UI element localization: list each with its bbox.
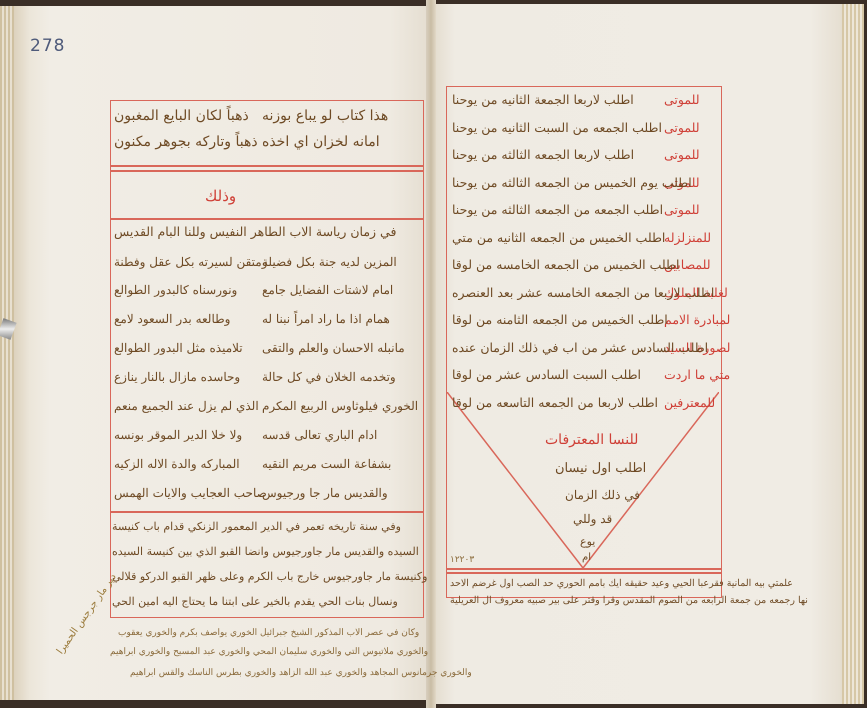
- date-note: ١٢٢٠٣: [450, 555, 474, 565]
- verse-row-5-right: مانبله الاحسان والعلم والتقى: [262, 341, 405, 355]
- folio-number: 278: [30, 36, 65, 56]
- table-row-label: لمبادرة الامم: [664, 312, 730, 327]
- verse-row-3-left: ونورسناه كالبدور الطوالع: [114, 283, 237, 297]
- colophon-row-4: ونسال بنات الحي يقدم بالخير على ابتنا ما…: [112, 595, 398, 608]
- verse-row-9-right: بشفاعة الست مريم النقيه: [262, 457, 391, 471]
- colophon-row-1: وفي سنة تاريخه تعمر في الدير المعمور الز…: [112, 520, 401, 533]
- triangle-rubric: للنسا المعترفات: [545, 432, 638, 448]
- left-header-row-2-right: امانه لخزان اي اخذه: [262, 134, 380, 150]
- left-text-frame: [110, 100, 424, 618]
- verse-row-4-left: وطالعه بدر السعود لامع: [114, 312, 230, 326]
- verse-row-8-left: ولا خلا الدير الموقر بونسه: [114, 428, 242, 442]
- table-row-label: متي ما اردت: [664, 367, 730, 382]
- table-row-label: للموتى: [664, 92, 700, 107]
- left-footer-row-3: والخوري جرمانوس المجاهد والخوري عبد الله…: [130, 668, 472, 678]
- table-row-label: للمنزلزله: [664, 230, 711, 245]
- triangle-line-5: ام: [582, 552, 591, 563]
- left-colophon-divider: [110, 511, 424, 513]
- table-row-label: للمعترفين: [664, 395, 715, 410]
- verse-row-2-left: ومتقن لسيرته بكل عقل وفطنة: [114, 255, 268, 269]
- verse-row-4-right: همام اذا ما راد امراً نبنا له: [262, 312, 390, 326]
- left-header-row-1-right: هذا كتاب لو يباع بوزنه: [262, 108, 388, 124]
- verse-row-6-left: وحاسده مازال بالنار ينازع: [114, 370, 240, 384]
- colophon-row-3: وكنيسة مار جاورجيوس خارج باب الكرم وعلى …: [112, 570, 427, 583]
- table-row-text: اطلب الخميس من الجمعه الخامسه من لوقا: [452, 257, 679, 272]
- table-row-text: اطلب لاربعا الجمعه الثالثه من يوحنا: [452, 147, 634, 162]
- left-rubric-divider: [110, 218, 424, 220]
- right-footer-row-2: نها رجمعه من جمعة الرابعه من الصوم المقد…: [450, 595, 808, 606]
- verse-row-5-left: تلاميذه مثل البدور الطوالع: [114, 341, 243, 355]
- verse-row-7-left: الذي لم يزل عند الجميع منعم: [114, 399, 259, 413]
- table-row-text: اطلب لاربعا الجمعة الثانيه من يوحنا: [452, 92, 634, 107]
- table-row-text: اطلب يوم الخميس من الجمعه الثالثه من يوح…: [452, 175, 692, 190]
- verse-row-8-right: ادام الباري تعالى قدسه: [262, 428, 377, 442]
- table-row-label: للموتى: [664, 147, 700, 162]
- table-row-text: اطلب الخميس من الجمعه الثامنه من لوقا: [452, 312, 668, 327]
- left-footer-row-2: والخوري ملاتيوس التي والخوري سليمان المح…: [110, 647, 428, 657]
- manuscript-photo: 278 هذا كتاب لو يباع بوزنه ذهباً لكان ال…: [0, 0, 867, 708]
- verse-row-2-right: المزين لديه جنة بكل فضيلة: [262, 255, 397, 269]
- left-rubric: وذلك: [205, 187, 236, 205]
- table-row-text: اطلب الجمعه من السبت الثانيه من يوحنا: [452, 120, 662, 135]
- verse-row-10-left: صاحب العجايب والايات الهمس: [114, 486, 267, 500]
- verse-row-1: في زمان رياسة الاب الطاهر النفيس وللنا ا…: [114, 224, 396, 239]
- table-row-text: اطلب لاربعا من الجمعه التاسعه من لوقا: [452, 395, 658, 410]
- right-footer-divider-2: [446, 572, 722, 574]
- colophon-row-2: السيده والقديس مار جاورجيوس وانضا القبو …: [112, 545, 419, 558]
- left-header-divider: [110, 165, 424, 167]
- left-header-divider-2: [110, 170, 424, 172]
- verse-row-7-right: الخوري فيلوثاوس الربيع المكرم: [262, 399, 418, 413]
- left-page-edges: [0, 6, 14, 700]
- left-header-row-1-left: ذهباً لكان البايع المغبون: [114, 108, 249, 124]
- table-row-label: للموتى: [664, 202, 700, 217]
- left-footer-row-1: وكان في عصر الاب المذكور الشيخ جبرائيل ا…: [118, 628, 419, 638]
- table-row-text: اطلب الجمعه من الجمعه الثالثه من يوحنا: [452, 202, 663, 217]
- triangle-line-1: اطلب اول نيسان: [555, 461, 646, 476]
- left-header-row-2-left: ذهباً وتاركه بجوهر مكنون: [114, 134, 258, 150]
- right-footer-row-1: علمتي بيه المانية فقرعبا الحيي وعيد حقيق…: [450, 578, 793, 589]
- table-row-text: اطلب الخميس من الجمعه الثانيه من متي: [452, 230, 665, 245]
- triangle-line-2: في ذلك الزمان: [565, 488, 640, 502]
- verse-row-9-left: المباركه والدة الاله الزكيه: [114, 457, 240, 471]
- table-row-text: اطلب السادس عشر من اب في ذلك الزمان عنده: [452, 340, 708, 355]
- verse-row-6-right: وتخدمه الخلان في كل حالة: [262, 370, 396, 384]
- verse-row-10-right: والقديس مار جا ورجيوس: [262, 486, 388, 500]
- table-row-text: اطلب لاربعا من الجمعه الخامسه عشر بعد ال…: [452, 285, 714, 300]
- table-row-text: اطلب السبت السادس عشر من لوقا: [452, 367, 641, 382]
- verse-row-3-right: امام لاشتات الفضايل جامع: [262, 283, 393, 297]
- table-row-label: للموتى: [664, 120, 700, 135]
- book-gutter: [426, 0, 436, 708]
- triangle-line-3: قد وللي: [573, 512, 612, 526]
- triangle-line-4: يوع: [580, 535, 595, 548]
- right-page-edges: [842, 4, 864, 704]
